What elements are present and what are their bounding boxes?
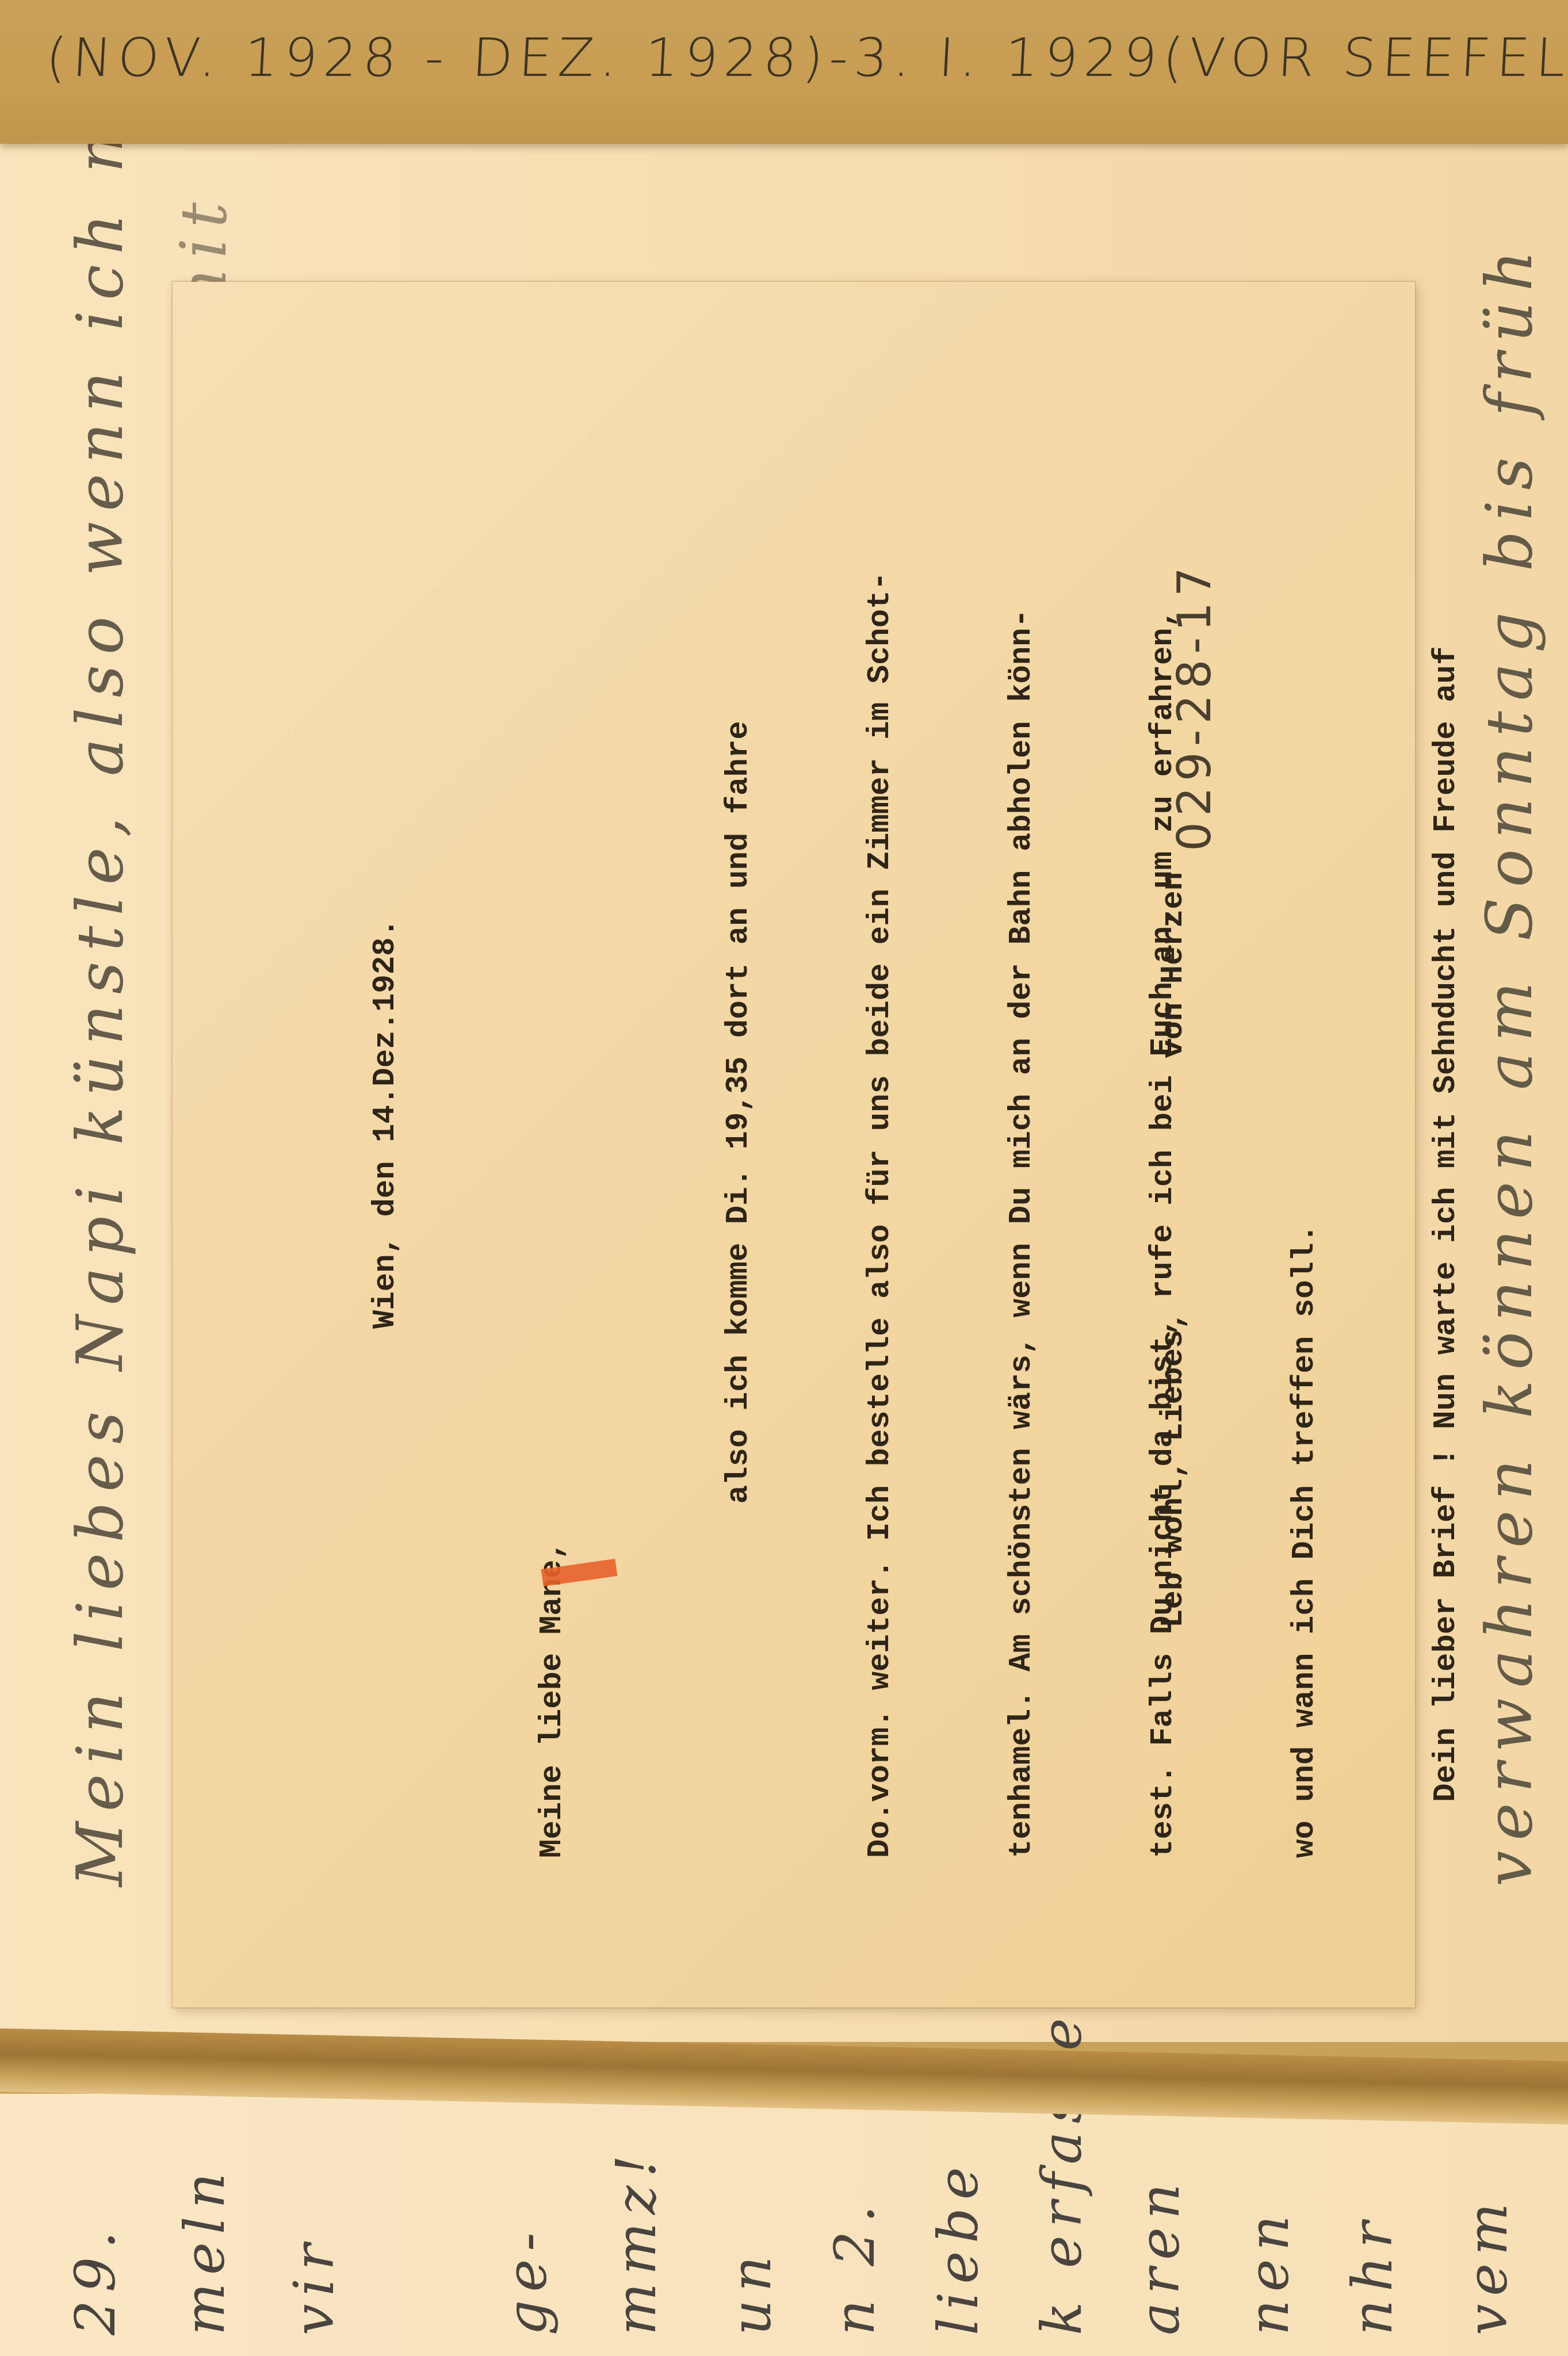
body-line: wo und wann ich Dich treffen soll.	[1282, 572, 1329, 1858]
folder-label-end-date: -3. I. 1929	[828, 27, 1165, 89]
handwriting-fragment: vir	[282, 2236, 346, 2335]
handwriting-fragment: un	[719, 2248, 783, 2335]
letter-date-line: Wien, den 14.Dez.1928.	[362, 919, 410, 1329]
handwritten-page-lower: 29. meln vir ge- mmz! un n 2. liebe k er…	[0, 2094, 1568, 2356]
body-line: unser Wiedersehen. Hast Du Faltin auch s…	[1565, 572, 1568, 1858]
archive-reference-number: 029-28-17	[1168, 506, 1231, 851]
handwriting-fragment: mmz!	[604, 2147, 668, 2335]
folder-label: (NOV. 1928 - DEZ. 1928) -3. I. 1929 (VOR…	[44, 23, 1524, 92]
handwriting-fragment: 29.	[63, 2223, 128, 2335]
folder-label-date-range: (NOV. 1928 - DEZ. 1928)	[44, 27, 831, 89]
handwriting-fragment: vem	[1455, 2195, 1520, 2335]
handwriting-fragment: meln	[173, 2165, 237, 2335]
letter-signoff: von Herzen	[1150, 872, 1198, 1058]
body-line: Dein lieber Brief ! Nun warte ich mit Se…	[1423, 572, 1470, 1858]
folder-label-place: (VOR SEEFELD)	[1161, 27, 1568, 89]
handwriting-fragment: ge-	[495, 2224, 559, 2335]
letter-body: also ich komme Di. 19,35 dort an und fah…	[621, 572, 1568, 1858]
body-line: tenhamel. Am schönsten wärs, wenn Du mic…	[999, 572, 1046, 1858]
handwriting-fragment: k erfasse.	[1030, 1984, 1094, 2335]
handwriting-fragment: aren	[1127, 2175, 1192, 2335]
handwriting-fragment: n 2.	[823, 2197, 887, 2335]
letter-salutation: Meine liebe Mane,	[529, 1541, 576, 1858]
body-line: also ich komme Di. 19,35 dort an und fah…	[716, 572, 763, 1858]
handwriting-line: Mein liebes Napi künstle, also wenn ich …	[63, 0, 137, 1887]
body-line: Do.vorm. weiter. Ich bestelle also für u…	[857, 572, 904, 1858]
folder-tab: (NOV. 1928 - DEZ. 1928) -3. I. 1929 (VOR…	[0, 0, 1568, 144]
handwriting-fragment: liebe	[926, 2159, 990, 2335]
salutation-suffix: ,	[535, 1541, 570, 1559]
salutation-name-highlighted: Mane	[535, 1560, 570, 1635]
handwriting-fragment: nen	[1237, 2208, 1301, 2335]
salutation-prefix: Meine liebe	[535, 1634, 570, 1858]
letter-closing: Leb wohl, Liebes,	[1150, 1311, 1198, 1628]
handwriting-fragment: nhr	[1340, 2213, 1405, 2335]
